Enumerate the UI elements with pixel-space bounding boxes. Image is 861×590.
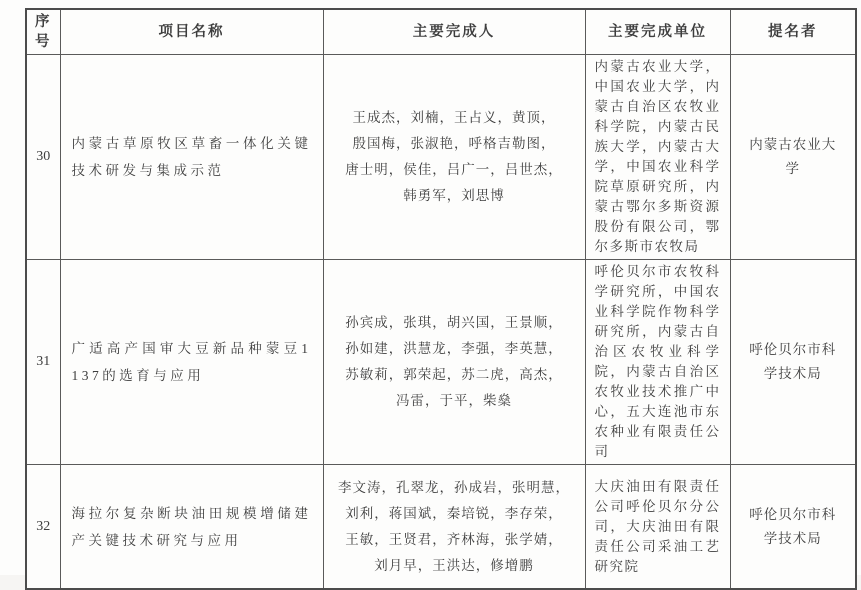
- col-header-main-contributors: 主要完成人: [323, 9, 585, 55]
- cell-serial-no: 32: [26, 465, 60, 576]
- document-page: 序号 项目名称 主要完成人 主要完成单位 提名者 30 内蒙古草原牧区草畜一体化…: [0, 0, 861, 575]
- col-header-main-organizations: 主要完成单位: [585, 9, 730, 55]
- table-row: 30 内蒙古草原牧区草畜一体化关键技术研发与集成示范 王成杰，刘楠，王占义，黄顶…: [26, 55, 856, 260]
- col-header-serial-no: 序号: [26, 9, 60, 55]
- cell-main-organizations: 大庆油田有限责任公司呼伦贝尔分公司，大庆油田有限责任公司采油工艺研究院: [585, 465, 730, 576]
- table-header-row: 序号 项目名称 主要完成人 主要完成单位 提名者: [26, 9, 856, 55]
- cell-project-name: 内蒙古草原牧区草畜一体化关键技术研发与集成示范: [60, 55, 323, 260]
- cell-main-contributors: 王成杰，刘楠，王占义，黄顶， 殷国梅，张淑艳，呼格吉勒图， 唐士明，侯佳，吕广一…: [323, 55, 585, 260]
- col-header-project-name: 项目名称: [60, 9, 323, 55]
- cell-project-name: 广适高产国审大豆新品种蒙豆1137的选育与应用: [60, 260, 323, 465]
- cell-nominator: 内蒙古农业大学: [730, 55, 856, 260]
- cell-serial-no: 30: [26, 55, 60, 260]
- cell-project-name: 海拉尔复杂断块油田规模增储建产关键技术研究与应用: [60, 465, 323, 576]
- cell-nominator: 呼伦贝尔市科学技术局: [730, 260, 856, 465]
- cell-main-organizations: 内蒙古农业大学，中国农业大学，内蒙古自治区农牧业科学院，内蒙古民族大学，内蒙古大…: [585, 55, 730, 260]
- table-row: 31 广适高产国审大豆新品种蒙豆1137的选育与应用 孙宾成，张琪，胡兴国，王景…: [26, 260, 856, 465]
- cell-main-contributors: 孙宾成，张琪，胡兴国，王景顺， 孙如建，洪慧龙，李强，李英慧， 苏敏莉，郭荣起，…: [323, 260, 585, 465]
- table-row: 32 海拉尔复杂断块油田规模增储建产关键技术研究与应用 李文涛，孔翠龙，孙成岩，…: [26, 465, 856, 576]
- cell-main-contributors: 李文涛，孔翠龙，孙成岩，张明慧， 刘利，蒋国斌，秦培锐，李存荣， 王敏，王贤君，…: [323, 465, 585, 576]
- cell-nominator: 呼伦贝尔市科学技术局: [730, 465, 856, 576]
- cell-serial-no: 31: [26, 260, 60, 465]
- cell-main-organizations: 呼伦贝尔市农牧科学研究所，中国农业科学院作物科学研究所，内蒙古自治区农牧业科学院…: [585, 260, 730, 465]
- award-table: 序号 项目名称 主要完成人 主要完成单位 提名者 30 内蒙古草原牧区草畜一体化…: [25, 8, 857, 575]
- col-header-nominator: 提名者: [730, 9, 856, 55]
